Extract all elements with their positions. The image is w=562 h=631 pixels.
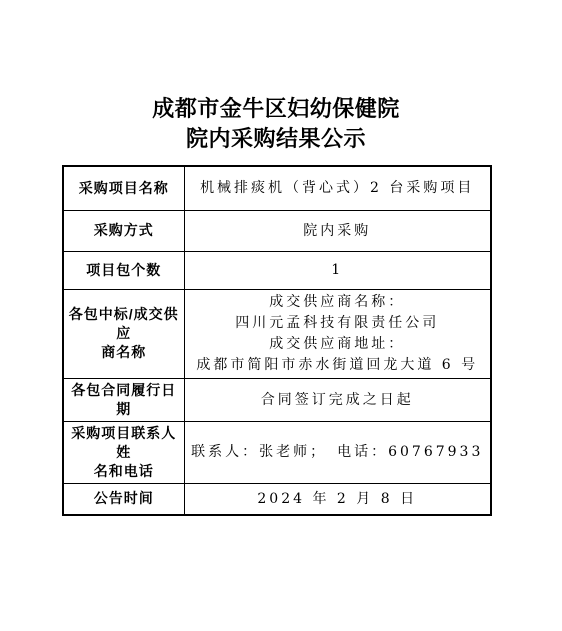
label-line-2: 名和电话 — [68, 462, 180, 481]
row-value-contact: 联系人：张老师； 电话：60767933 — [184, 421, 491, 483]
page-title: 成都市金牛区妇幼保健院 院内采购结果公示 — [62, 94, 490, 154]
table-row-procurement-method: 采购方式 院内采购 — [63, 210, 491, 251]
table-row-winning-supplier: 各包中标/成交供应 商名称 成交供应商名称： 四川元孟科技有限责任公司 成交供应… — [63, 289, 491, 378]
label-line-1: 各包中标/成交供应 — [68, 305, 180, 343]
row-label-procurement-method: 采购方式 — [63, 210, 184, 251]
table-row-announcement-date: 公告时间 2024 年 2 月 8 日 — [63, 483, 491, 515]
table-row-contract-performance-date: 各包合同履行日期 合同签订完成之日起 — [63, 378, 491, 421]
row-value-package-count: 1 — [184, 251, 491, 289]
label-line-1: 采购项目联系人姓 — [68, 424, 180, 462]
row-value-winning-supplier: 成交供应商名称： 四川元孟科技有限责任公司 成交供应商地址： 成都市简阳市赤水街… — [184, 289, 491, 378]
procurement-result-table: 采购项目名称 机械排痰机（背心式）2 台采购项目 采购方式 院内采购 项目包个数… — [62, 165, 492, 516]
table-row-contact: 采购项目联系人姓 名和电话 联系人：张老师； 电话：60767933 — [63, 421, 491, 483]
title-line-1: 成都市金牛区妇幼保健院 — [62, 94, 490, 124]
row-value-project-name: 机械排痰机（背心式）2 台采购项目 — [184, 166, 491, 210]
document-page: 成都市金牛区妇幼保健院 院内采购结果公示 采购项目名称 机械排痰机（背心式）2 … — [0, 0, 562, 516]
row-value-announcement-date: 2024 年 2 月 8 日 — [184, 483, 491, 515]
row-label-announcement-date: 公告时间 — [63, 483, 184, 515]
supplier-name-caption: 成交供应商名称： — [189, 292, 487, 313]
supplier-address: 成都市简阳市赤水街道回龙大道 6 号 — [189, 355, 487, 376]
table-row-package-count: 项目包个数 1 — [63, 251, 491, 289]
row-label-contact: 采购项目联系人姓 名和电话 — [63, 421, 184, 483]
supplier-address-caption: 成交供应商地址： — [189, 334, 487, 355]
row-value-procurement-method: 院内采购 — [184, 210, 491, 251]
row-label-project-name: 采购项目名称 — [63, 166, 184, 210]
row-label-package-count: 项目包个数 — [63, 251, 184, 289]
row-label-winning-supplier: 各包中标/成交供应 商名称 — [63, 289, 184, 378]
title-line-2: 院内采购结果公示 — [62, 124, 490, 154]
row-value-contract-performance-date: 合同签订完成之日起 — [184, 378, 491, 421]
supplier-name: 四川元孟科技有限责任公司 — [189, 313, 487, 334]
table-row-project-name: 采购项目名称 机械排痰机（背心式）2 台采购项目 — [63, 166, 491, 210]
row-label-contract-performance-date: 各包合同履行日期 — [63, 378, 184, 421]
label-line-2: 商名称 — [68, 343, 180, 362]
